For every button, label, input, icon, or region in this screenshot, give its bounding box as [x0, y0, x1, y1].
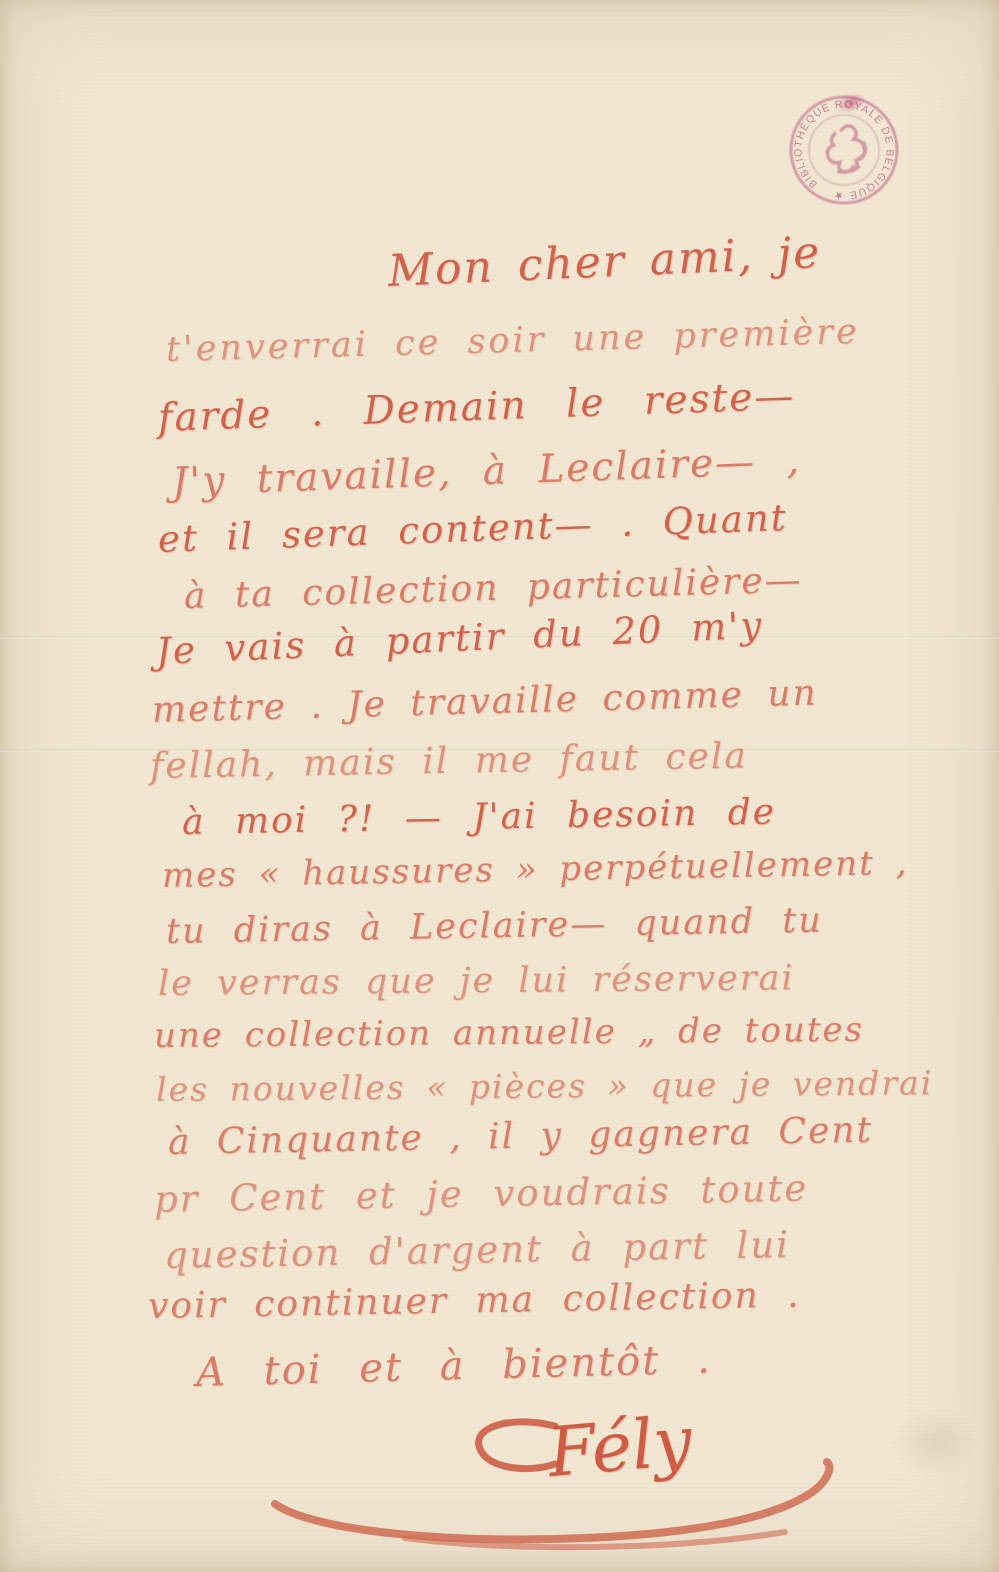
signature: Fély [545, 1402, 695, 1493]
letter-line: et il sera content— . Quant [157, 496, 788, 561]
letter-line: le verras que je lui réserverai [158, 958, 795, 1004]
letter-line: voir continuer ma collection . [148, 1275, 801, 1327]
letter-line: t'enverrai ce soir une première [165, 312, 860, 370]
letter-line: tu diras à Leclaire— quand tu [166, 901, 823, 952]
letter-closing: A toi et à bientôt . [195, 1337, 712, 1396]
letter-line: les nouvelles « pièces » que je vendrai [156, 1063, 934, 1109]
letter-line: à moi ?! — J'ai besoin de [182, 792, 777, 843]
letter-line: une collection annuelle „ de toutes [154, 1010, 864, 1056]
letter-line: farde . Demain le reste— [157, 374, 796, 441]
letter-page: BIBLIOTHÈQUE ROYALE DE BELGIQUE ★ Mon ch… [0, 0, 999, 1572]
letter-line: à Cinquante , il y gagnera Cent [168, 1110, 874, 1163]
letter-line: J'y travaille, à Leclaire— , [171, 438, 801, 505]
letter-line: question d'argent à part lui [164, 1223, 791, 1277]
lion-icon [822, 123, 870, 176]
letter-line: mes « haussures » perpétuellement , [162, 843, 909, 896]
letter-line: mettre . Je travaille comme un [151, 673, 818, 731]
paper-stain [891, 1408, 981, 1478]
letter-line: fellah, mais il me faut cela [150, 736, 749, 787]
letter-line: pr Cent et je voudrais toute [154, 1167, 809, 1221]
letter-line: Mon cher ami, je [387, 227, 822, 297]
